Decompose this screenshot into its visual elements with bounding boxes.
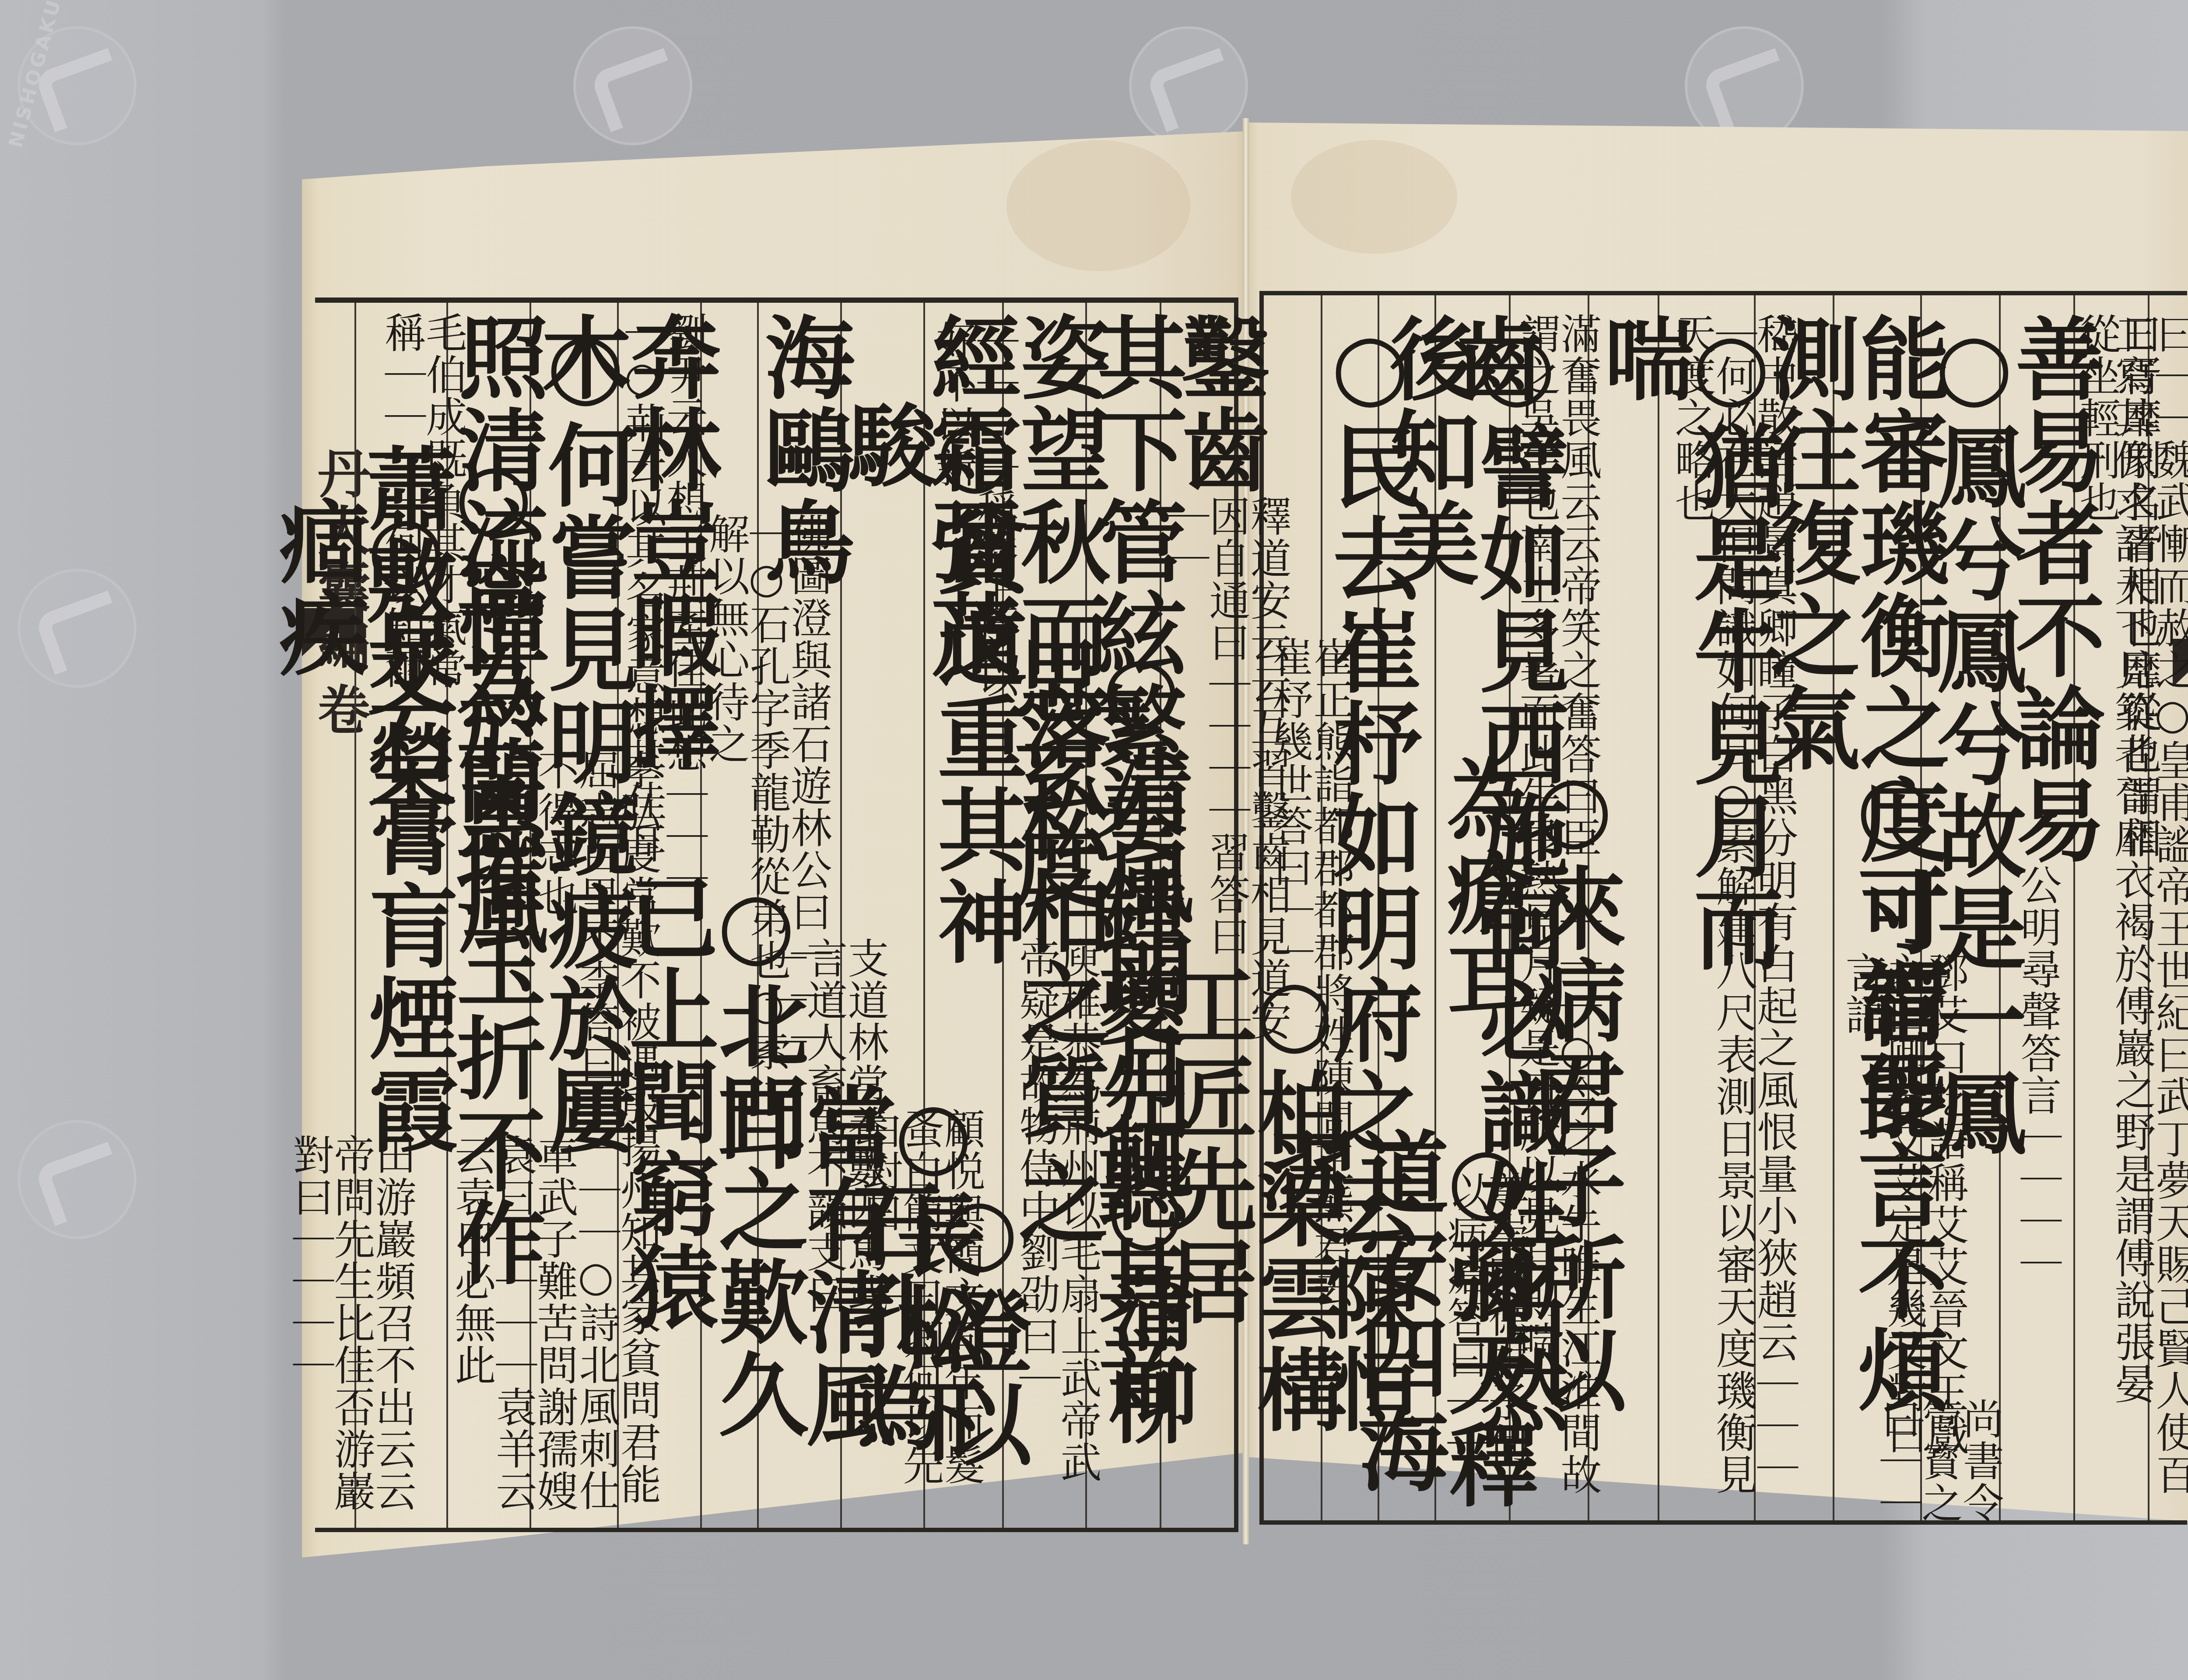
left-page-text-frame: 鑿齒 釋道安云云互習鑿齒相見道安因自通曰｜｜｜｜習答曰｜｜｜｜ ○柏梁雲構工匠先… [315, 297, 1238, 1532]
text-column-main: ○蒲柳之 [1011, 1156, 1190, 1506]
paper-stain [1006, 140, 1190, 271]
watermark-logo [573, 26, 692, 145]
text-column-main: ○貧道重其神駿 [840, 399, 1020, 1011]
text-column-note: 尊崇明德君子何以病瘡答曰｜｜ [1443, 1170, 1525, 1477]
text-column-main: 齒 [1448, 313, 1537, 444]
text-column-main: ○泉石膏肓煙霞痼疾 [271, 495, 451, 1239]
right-page-text-frame: 曰｜｜魏武慚而赦之○皇甫謐帝王世紀曰武丁夢天賜己賢人使百工寫其像求諸天下見築者胥… [1259, 291, 2187, 1525]
watermark-logo [18, 1120, 137, 1239]
watermark-logo [1129, 26, 1248, 145]
text-column-note: 田游巖頻召不出云云帝問先生比佳否游巖對曰｜｜｜｜ [289, 1134, 412, 1519]
paper-stain [1291, 140, 1457, 254]
text-column-note: 尚書令管寳之曰｜｜ [1876, 1398, 2000, 1529]
watermark-logo [18, 569, 137, 688]
